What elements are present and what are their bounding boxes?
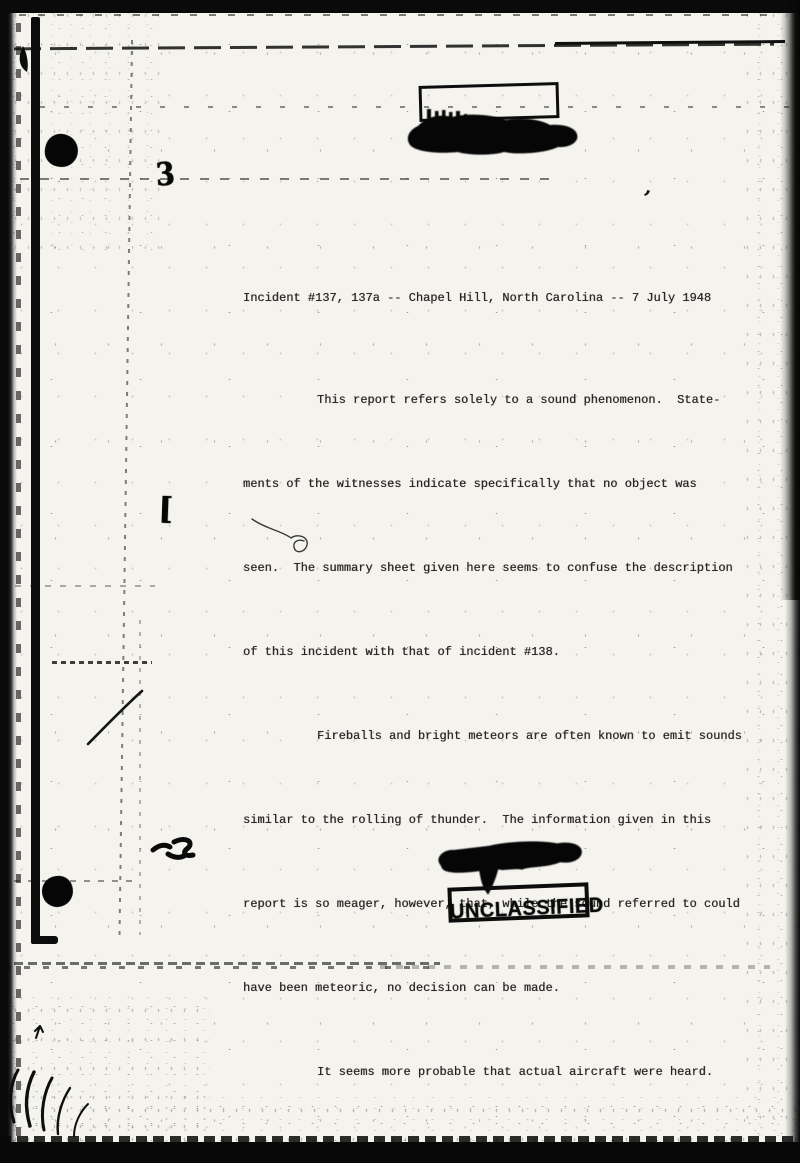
bracket-ink-mark: [ (158, 494, 173, 526)
fold-line-top-dotted (0, 14, 770, 16)
scanned-document-page: 3 ’ Incident #137, 137a -- Chapel Hill, … (0, 0, 800, 1163)
typed-text-block: Incident #137, 137a -- Chapel Hill, Nort… (243, 228, 753, 1142)
scan-edge-right-upper (780, 0, 800, 600)
fold-line-faint-left (0, 585, 155, 587)
body-line: This report refers solely to a sound phe… (243, 386, 753, 414)
scan-edge-top (0, 0, 800, 13)
punch-hole-dot-bottom (40, 874, 75, 909)
fold-line-faint-2 (0, 178, 560, 180)
body-line: It seems more probable that actual aircr… (243, 1058, 753, 1086)
body-line: have been meteoric, no decision can be m… (243, 974, 753, 1002)
binding-bar (31, 17, 40, 938)
body-line: ments of the witnesses indicate specific… (243, 470, 753, 498)
scan-edge-bottom (0, 1142, 800, 1163)
body-line: of this incident with that of incident #… (243, 638, 753, 666)
diagonal-pen-stroke (82, 684, 148, 750)
scan-edge-left (0, 0, 17, 1163)
punch-hole-dot-top (42, 131, 81, 170)
redaction-blob-top (400, 102, 585, 157)
pen-squiggle-mark (248, 512, 318, 557)
fold-line-upper-right-solid (555, 40, 785, 45)
top-left-speckle (0, 0, 160, 250)
fold-line-upper (14, 43, 774, 50)
binding-bar-foot (31, 936, 58, 944)
handwritten-numeral-mark: 3 (155, 157, 176, 190)
body-line: seen. The summary sheet given here seems… (243, 554, 753, 582)
incident-heading-line: Incident #137, 137a -- Chapel Hill, Nort… (243, 284, 753, 312)
copy-edge-vertical-dotted (119, 40, 133, 935)
body-line: Fireballs and bright meteors are often k… (243, 722, 753, 750)
pen-tick-mark: ’ (639, 185, 653, 212)
copy-edge-vertical-dotted-2 (139, 620, 141, 935)
body-line: similar to the rolling of thunder. The i… (243, 806, 753, 834)
smudge-line-left (52, 661, 152, 664)
ink-scribble-mark (150, 834, 200, 864)
